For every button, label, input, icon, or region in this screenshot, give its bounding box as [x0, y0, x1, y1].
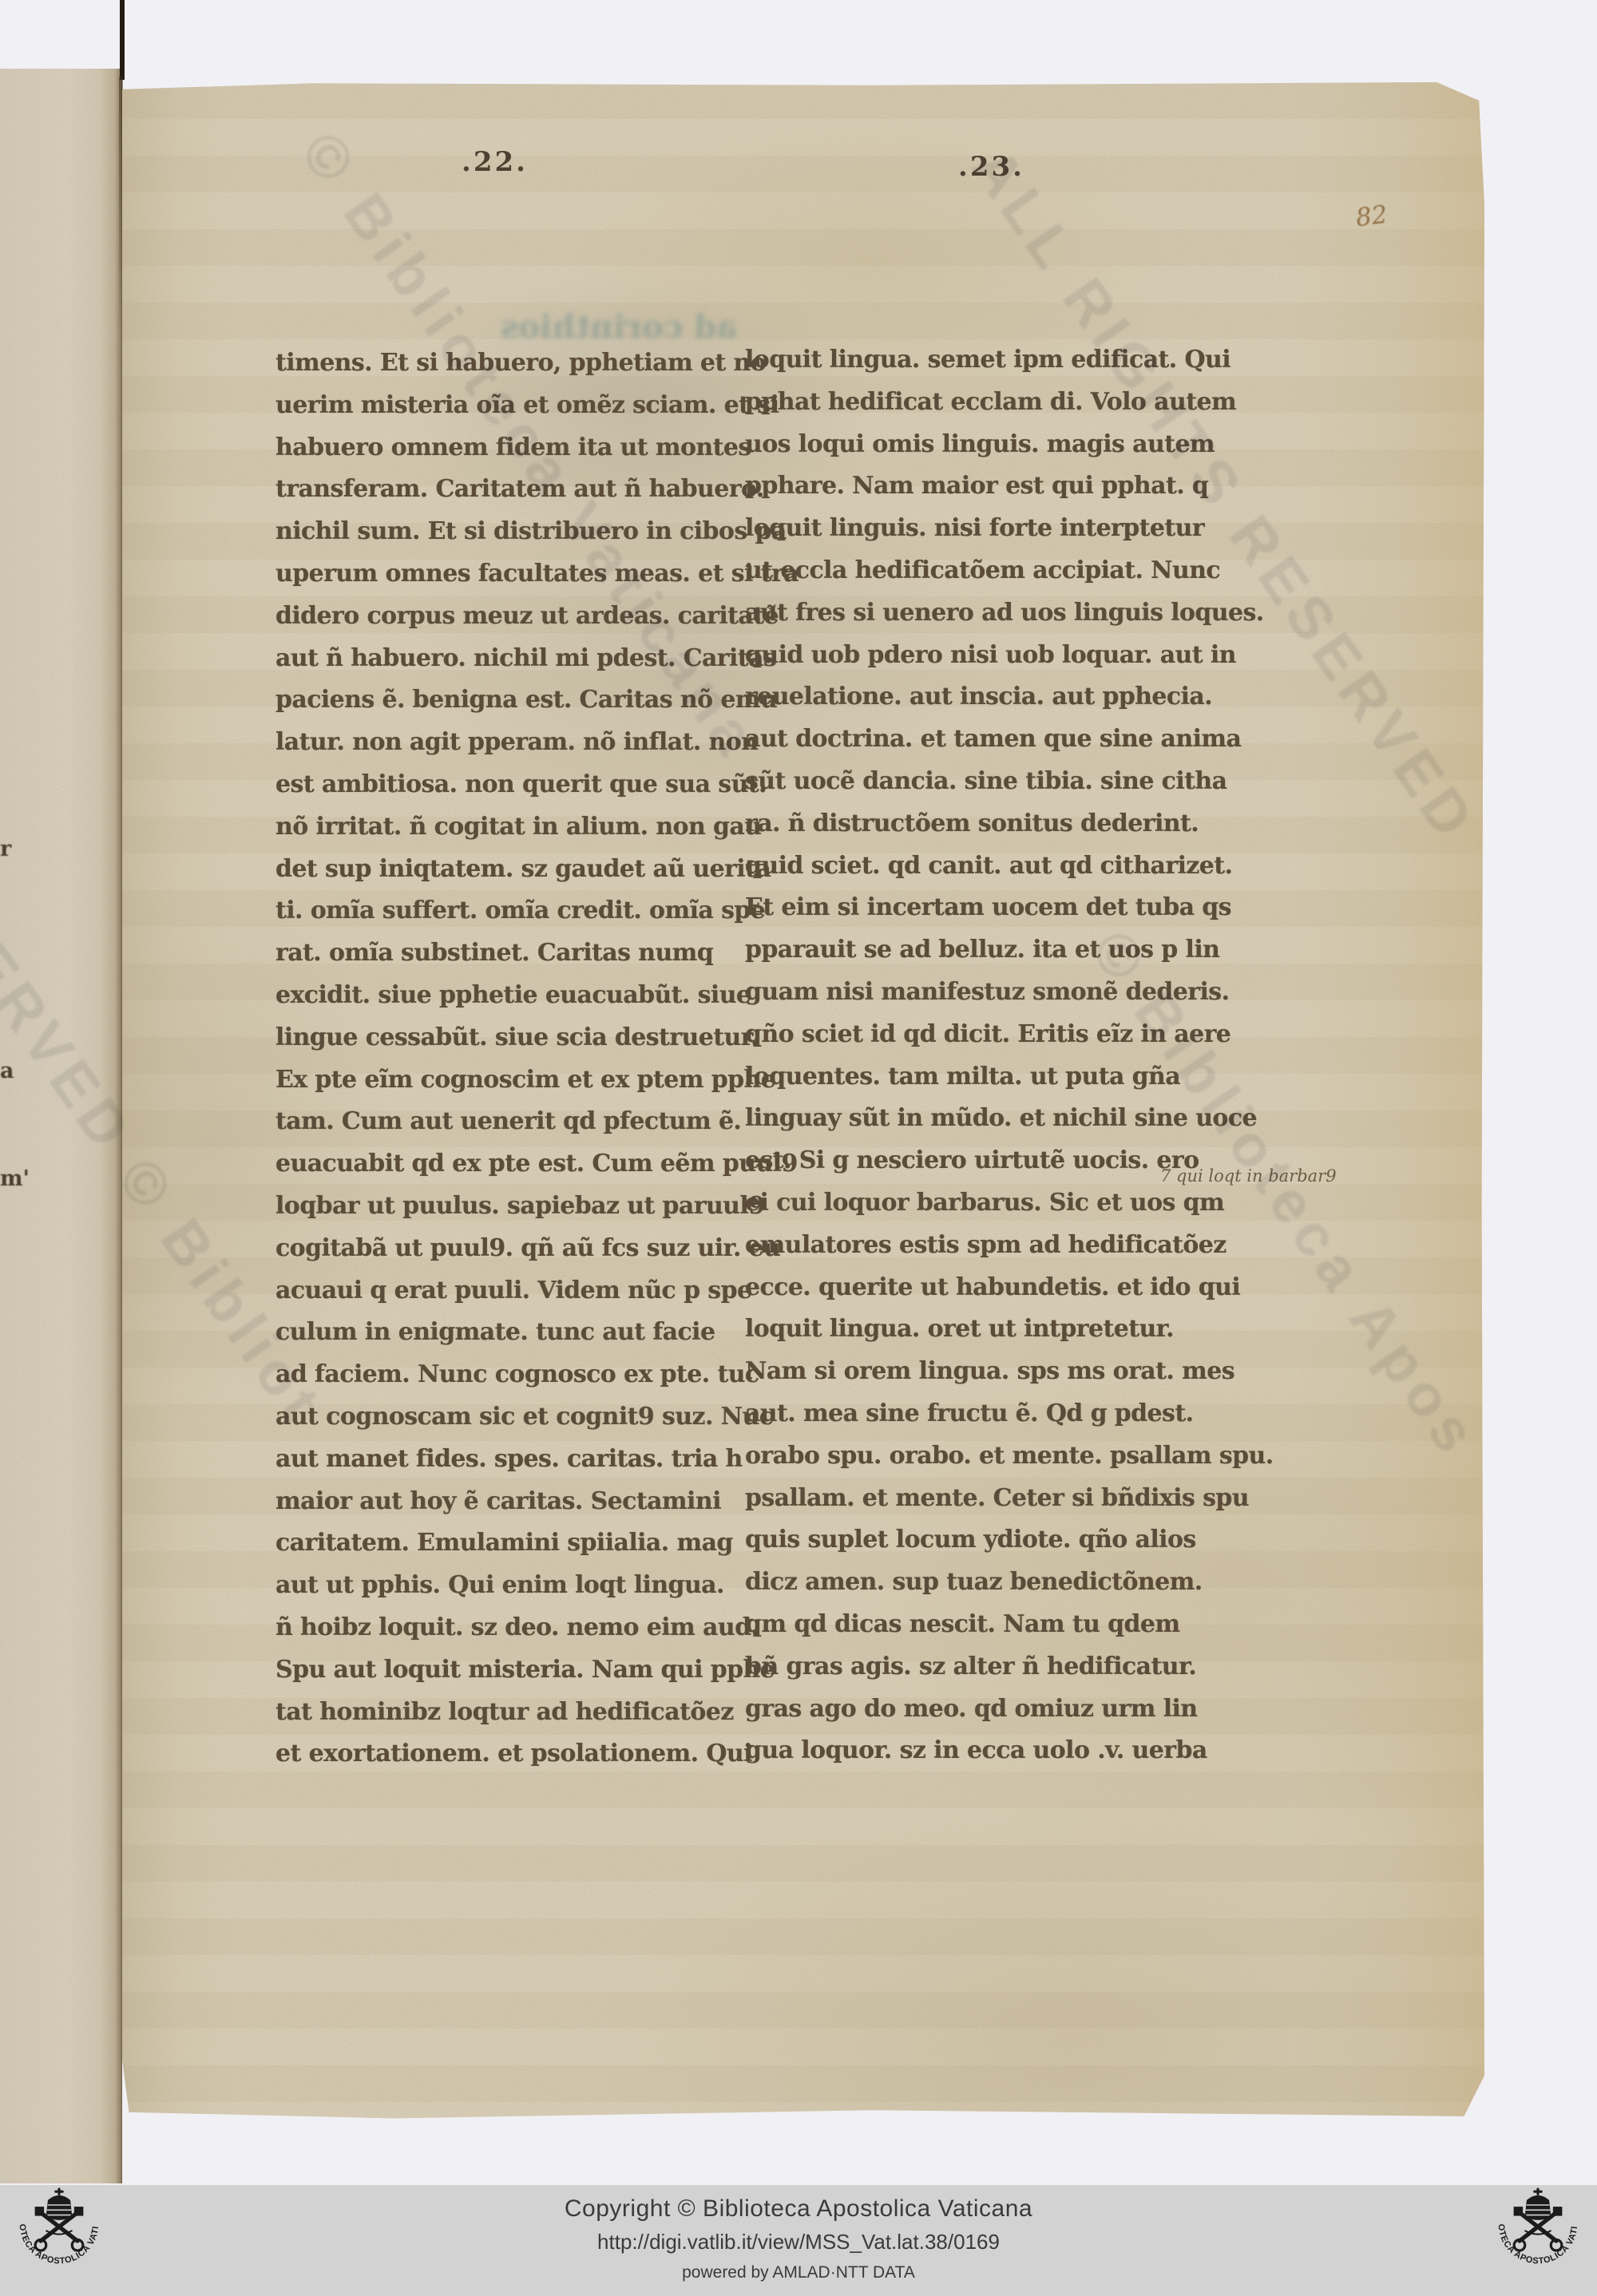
- manuscript-line: maior aut hoy ẽ caritas. Sectamini: [275, 1481, 763, 1523]
- manuscript-line: linguay sũt in mũdo. et nichil sine uoce: [745, 1098, 1280, 1140]
- manuscript-line: ut eccla hedificatõem accipiat. Nunc: [745, 550, 1280, 592]
- manuscript-line: ei cui loquor barbarus. Sic et uos qm: [745, 1182, 1280, 1225]
- manuscript-line: ti. omĩa suffert. omĩa credit. omĩa spe: [275, 890, 763, 932]
- manuscript-line: cogitabã ut puul9. qñ aũ fcs suz uir. eu: [275, 1228, 763, 1270]
- text-column-left: timens. Et si habuero, pphetiam et nouer…: [275, 342, 763, 1775]
- manuscript-line: quid uob pdero nisi uob loquar. aut in: [745, 635, 1280, 677]
- manuscript-line: tat hominibz loqtur ad hedificatõez: [275, 1692, 763, 1734]
- manuscript-line: et exortationem. et psolationem. Qui: [275, 1733, 763, 1775]
- manuscript-line: tam. Cum aut uenerit qd pfectum ẽ.: [275, 1101, 763, 1143]
- manuscript-line: nõ irritat. ñ cogitat in alium. non gau: [275, 806, 763, 849]
- manuscript-line: quis suplet locum ydiote. qño alios: [745, 1519, 1280, 1562]
- copyright-footer: Copyright © Biblioteca Apostolica Vatica…: [0, 2185, 1597, 2296]
- manuscript-line: aut manet fides. spes. caritas. tria h: [275, 1439, 763, 1481]
- manuscript-line: transferam. Caritatem aut ñ habuero.: [275, 469, 763, 511]
- manuscript-line: gua loquor. sz in ecca uolo .v. uerba: [745, 1730, 1280, 1772]
- vatican-library-logo: BIBLIOTECA APOSTOLICA VATICANA: [6, 2187, 112, 2293]
- gutter-shadow: [120, 0, 125, 80]
- manuscript-line: ñ hoibz loquit. sz deo. nemo eim aud.: [275, 1607, 763, 1649]
- manuscript-line: latur. non agit pperam. nõ inflat. non: [275, 722, 763, 764]
- manuscript-line: bñ gras agis. sz alter ñ hedificatur.: [745, 1646, 1280, 1688]
- manuscript-line: uerim misteria oĩa et omẽz sciam. et si: [275, 385, 763, 427]
- manuscript-line: loquit linguis. nisi forte interptetur: [745, 508, 1280, 550]
- page-number-right: .23.: [958, 151, 1024, 183]
- manuscript-line: aut. mea sine fructu ẽ. Qd g pdest.: [745, 1393, 1280, 1435]
- manuscript-line: dicz amen. sup tuaz benedictõnem.: [745, 1562, 1280, 1604]
- papal-keys-emblem: [1514, 2189, 1562, 2250]
- footer-copyright: Copyright © Biblioteca Apostolica Vatica…: [0, 2195, 1597, 2223]
- page-number-left: .22.: [462, 146, 528, 178]
- manuscript-line: paciens ẽ. benigna est. Caritas nõ emu: [275, 679, 763, 722]
- manuscript-line: uperum omnes facultates meas. et si tra: [275, 553, 763, 596]
- manuscript-line: loquentes. tam milta. ut puta gña: [745, 1056, 1280, 1099]
- manuscript-line: pparauit se ad belluz. ita et uos p lin: [745, 929, 1280, 972]
- manuscript-line: ad faciem. Nunc cognosco ex pte. tuc: [275, 1354, 763, 1396]
- manuscript-line: orabo spu. orabo. et mente. psallam spu.: [745, 1435, 1280, 1478]
- manuscript-line: loqbar ut puulus. sapiebaz ut paruul9: [275, 1186, 763, 1228]
- marginal-gloss: 7 qui loqt in barbar9: [1160, 1166, 1337, 1186]
- manuscript-line: aut ñ habuero. nichil mi pdest. Caritas: [275, 638, 763, 680]
- manuscript-line: det sup iniqtatem. sz gaudet aũ uerita: [275, 849, 763, 891]
- manuscript-line: loquit lingua. semet ipm edificat. Qui: [745, 339, 1280, 382]
- manuscript-line: Et eim si incertam uocem det tuba qs: [745, 887, 1280, 929]
- manuscript-line: Nam si orem lingua. sps ms orat. mes: [745, 1351, 1280, 1393]
- manuscript-line: aut doctrina. et tamen que sine anima: [745, 718, 1280, 761]
- parchment-grain: [0, 69, 122, 2183]
- manuscript-line: ra. ñ distructõem sonitus dederint.: [745, 803, 1280, 845]
- cutoff-letter: a: [0, 1059, 34, 1083]
- pencil-foliation: 82: [1354, 200, 1389, 233]
- manuscript-line: acuaui q erat puuli. Videm nũc p spe: [275, 1270, 763, 1312]
- manuscript-page: .22. .23. 82 ad corinthios timens. Et si…: [122, 82, 1484, 2120]
- manuscript-line: aut fres si uenero ad uos linguis loques…: [745, 592, 1280, 635]
- manuscript-line: pphare. Nam maior est qui pphat. q: [745, 465, 1280, 508]
- manuscript-line: ecce. querite ut habundetis. et ido qui: [745, 1267, 1280, 1309]
- cutoff-letter: m': [0, 1166, 34, 1191]
- manuscript-line: quid sciet. qd canit. aut qd citharizet.: [745, 845, 1280, 888]
- manuscript-line: lingue cessabũt. siue scia destruetur.: [275, 1017, 763, 1059]
- manuscript-line: pphat hedificat ecclam di. Volo autem: [745, 382, 1280, 424]
- manuscript-line: didero corpus meuz ut ardeas. caritatẽ: [275, 596, 763, 638]
- scan-viewport: r a m' .22. .23. 82 ad corinthios timens…: [0, 0, 1597, 2296]
- manuscript-line: rat. omĩa substinet. Caritas numq: [275, 932, 763, 975]
- rubric-showthrough-text: ad corinthios: [501, 308, 737, 346]
- manuscript-line: est ambitiosa. non querit que sua sũt.: [275, 764, 763, 806]
- manuscript-line: aut ut pphis. Qui enim loqt lingua.: [275, 1565, 763, 1607]
- manuscript-line: aut cognoscam sic et cognit9 suz. Nuc: [275, 1396, 763, 1439]
- manuscript-line: habuero omnem fidem ita ut montes: [275, 427, 763, 469]
- manuscript-line: qm qd dicas nescit. Nam tu qdem: [745, 1604, 1280, 1646]
- manuscript-line: culum in enigmate. tunc aut facie: [275, 1312, 763, 1354]
- papal-keys-emblem: [35, 2189, 83, 2250]
- manuscript-line: caritatem. Emulamini spiialia. mag: [275, 1522, 763, 1565]
- manuscript-line: loquit lingua. oret ut intpretetur.: [745, 1308, 1280, 1351]
- manuscript-line: Ex pte eĩm cognoscim et ex ptem pphe: [275, 1059, 763, 1102]
- manuscript-line: uos loqui omis linguis. magis autem: [745, 424, 1280, 466]
- manuscript-line: gras ago do meo. qd omiuz urm lin: [745, 1688, 1280, 1731]
- footer-powered-by: powered by AMLAD·NTT DATA: [0, 2263, 1597, 2282]
- manuscript-line: excidit. siue pphetie euacuabũt. siue: [275, 975, 763, 1017]
- text-column-right: loquit lingua. semet ipm edificat. Quipp…: [745, 339, 1280, 1772]
- manuscript-line: Spu aut loquit misteria. Nam qui pphe: [275, 1649, 763, 1692]
- manuscript-line: sũt uocẽ dancia. sine tibia. sine citha: [745, 761, 1280, 803]
- vatican-library-logo: BIBLIOTECA APOSTOLICA VATICANA: [1485, 2187, 1591, 2293]
- manuscript-line: reuelatione. aut inscia. aut pphecia.: [745, 676, 1280, 718]
- manuscript-line: emulatores estis spm ad hedificatõez: [745, 1225, 1280, 1267]
- cutoff-letter: r: [0, 837, 34, 861]
- manuscript-line: psallam. et mente. Ceter si bñdixis spu: [745, 1478, 1280, 1520]
- previous-folio-edge: r a m': [0, 69, 122, 2183]
- footer-url: http://digi.vatlib.it/view/MSS_Vat.lat.3…: [0, 2230, 1597, 2254]
- manuscript-line: nichil sum. Et si distribuero in cibos p…: [275, 511, 763, 553]
- manuscript-line: timens. Et si habuero, pphetiam et no: [275, 342, 763, 385]
- manuscript-line: euacuabit qd ex pte est. Cum eẽm puul9: [275, 1143, 763, 1186]
- manuscript-line: qño sciet id qd dicit. Eritis eĩz in aer…: [745, 1014, 1280, 1056]
- manuscript-line: guam nisi manifestuz smonẽ dederis.: [745, 972, 1280, 1014]
